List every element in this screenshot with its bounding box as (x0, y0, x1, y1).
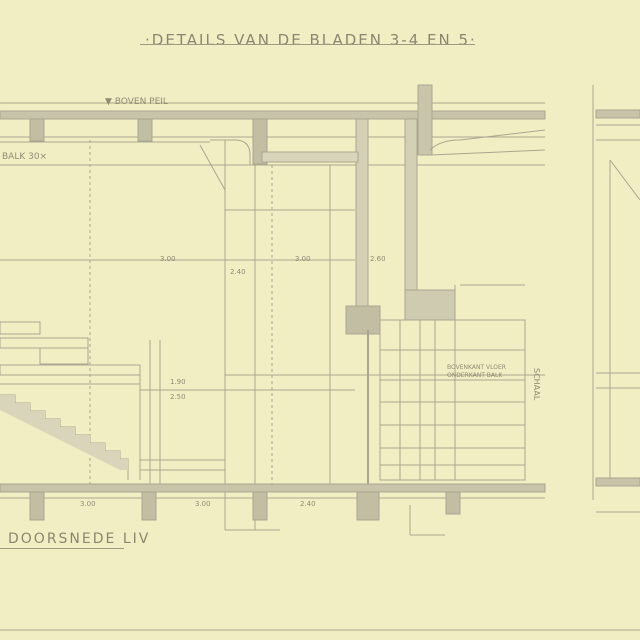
dim-stair-2: 2.50 (170, 393, 186, 401)
dim-stair-1: 1.90 (170, 378, 186, 386)
top-beam-annotation: ▼ BOVEN PEIL (105, 97, 168, 107)
dim-bottom-1: 3.00 (80, 500, 96, 508)
dim-mid: 2.40 (230, 268, 246, 276)
drawing-title: ·DETAILS VAN DE BLADEN 3-4 EN 5· (145, 31, 477, 49)
drawing-sheet: ·DETAILS VAN DE BLADEN 3-4 EN 5· ▼ BOVEN… (0, 0, 640, 640)
balk-annotation: BALK 30× (2, 152, 47, 162)
dim-3m-center: 3.00 (295, 255, 311, 263)
dim-bottom-3: 2.40 (300, 500, 316, 508)
section-label: DOORSNEDE LIV (8, 531, 150, 547)
scale-label: SCHAAL (532, 368, 541, 400)
right-note-2: ONDERKANT BALK (447, 372, 502, 379)
dim-bottom-2: 3.00 (195, 500, 211, 508)
title-underline (140, 44, 475, 45)
right-note-1: BOVENKANT VLOER (447, 364, 506, 371)
section-underline (0, 548, 124, 549)
dim-right: 2.60 (370, 255, 386, 263)
dim-3m-left: 3.00 (160, 255, 176, 263)
